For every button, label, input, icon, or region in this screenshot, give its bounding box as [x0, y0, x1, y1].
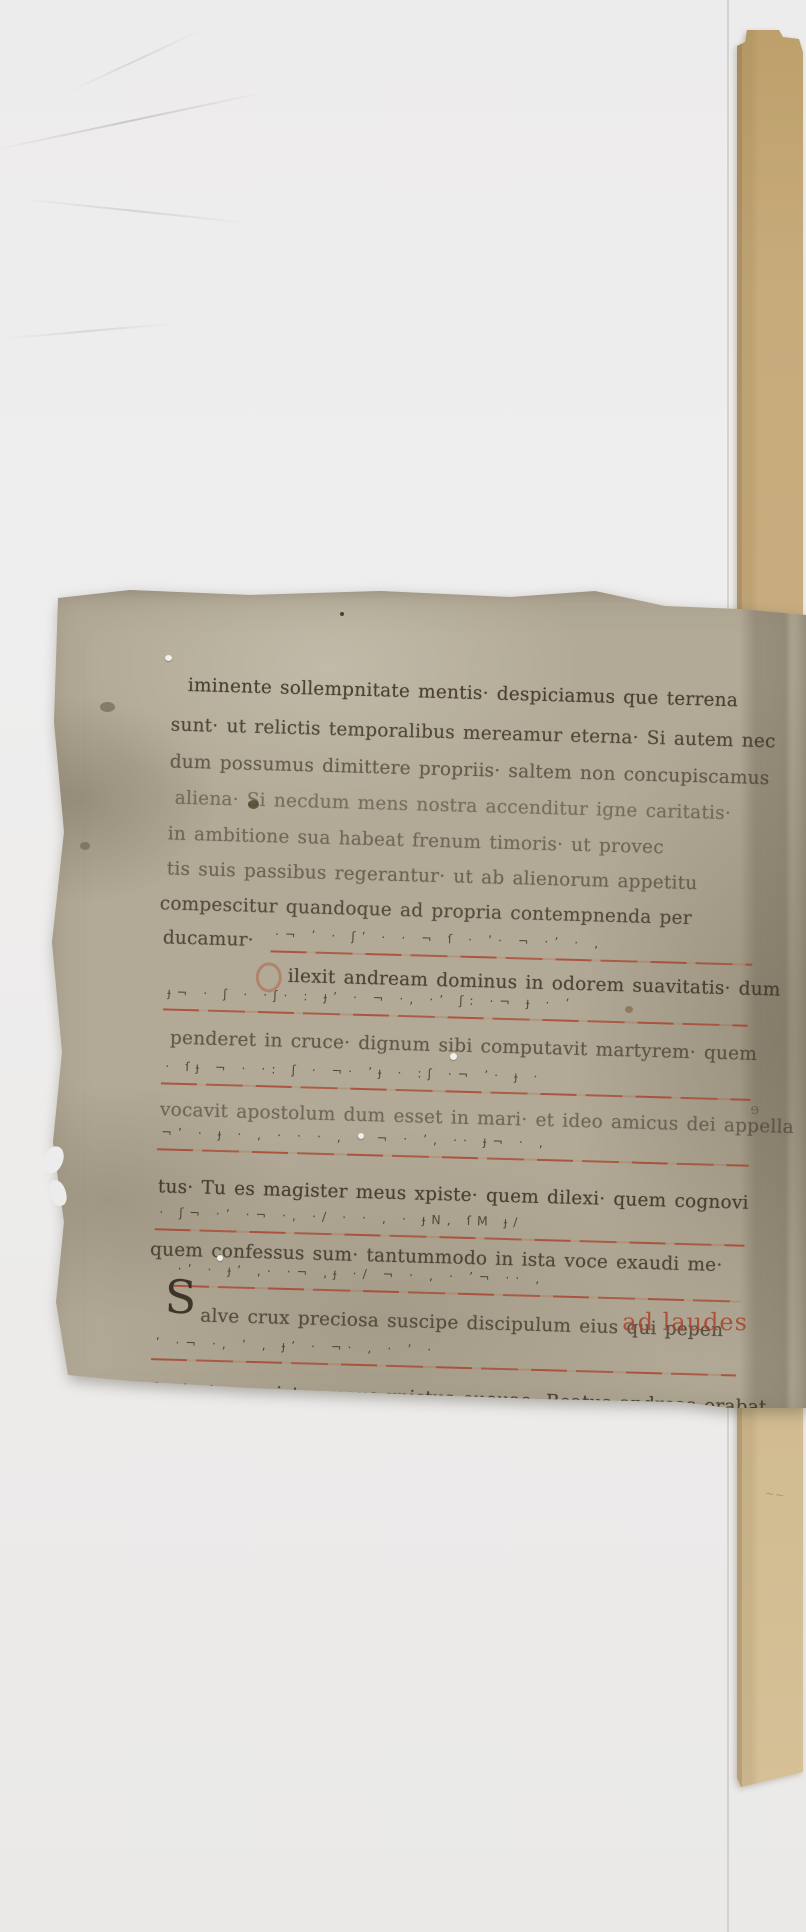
parchment-stain	[80, 842, 90, 850]
rubric-ad-laudes: ad laudes	[622, 1308, 748, 1336]
pencil-mark: ~~	[764, 1487, 786, 1503]
parchment-stain	[248, 800, 259, 809]
homily-line: in ambitione sua habeat frenum timoris· …	[167, 823, 664, 858]
chant-text-line: penderet in cruce· dignum sibi computavi…	[170, 1028, 758, 1065]
parchment-hole	[165, 655, 172, 661]
music-staff-line: ·¬ ʼ · ʃʼ · · ¬ ſ · ʼ· ¬ ·ʼ · ,	[270, 929, 752, 966]
parchment-stain	[625, 1006, 633, 1013]
paper-crease	[21, 198, 250, 224]
parchment-hole	[358, 1133, 364, 1139]
ink-bleedthrough: e	[750, 1100, 760, 1119]
chant-text-line: dit in te magister meus xpistus euouae· …	[148, 1380, 767, 1418]
homily-line: tis suis passibus regerantur· ut ab alie…	[166, 858, 697, 894]
parchment-hole	[217, 1255, 223, 1261]
parchment-wrap: iminente sollempnitate mentis· despiciam…	[40, 582, 806, 1418]
homily-line: iminente sollempnitate mentis· despiciam…	[188, 675, 739, 711]
parchment-stain	[340, 612, 344, 616]
homily-line: sunt· ut relictis temporalibus mereamur …	[170, 714, 775, 752]
parchment-leaf: iminente sollempnitate mentis· despiciam…	[40, 582, 806, 1418]
neumes: ·¬ ʼ · ʃʼ · · ¬ ſ · ʼ· ¬ ·ʼ · ,	[275, 926, 753, 960]
homily-line: ducamur·	[163, 927, 254, 951]
paper-crease	[0, 322, 179, 340]
parchment-stain	[100, 702, 115, 712]
music-staff-line: ʼ ·¬ ·, ʼ , ɟʼ · ¬· , · ʼ ·	[151, 1337, 736, 1377]
homily-line: dum possumus dimittere propriis· saltem …	[169, 751, 769, 789]
parchment-hole	[450, 1053, 457, 1060]
homily-line: compescitur quandoque ad propria contemp…	[160, 893, 693, 929]
chant-initial-s: S	[164, 1276, 197, 1319]
paper-crease	[67, 28, 204, 93]
music-staff-line: · ſɟ ¬ · ·: ʃ · ¬· ʼɟ · :ʃ ·¬ ʼ· ɟ ·	[161, 1061, 751, 1101]
trimmed-line-fragment: ʼ· ·ʼ ·	[169, 1404, 257, 1422]
paper-crease	[0, 91, 267, 151]
manuscript-photo: ~~ iminente sollempnitate mentis· despic…	[0, 0, 806, 1932]
leaf-content: iminente sollempnitate mentis· despiciam…	[20, 578, 806, 1435]
